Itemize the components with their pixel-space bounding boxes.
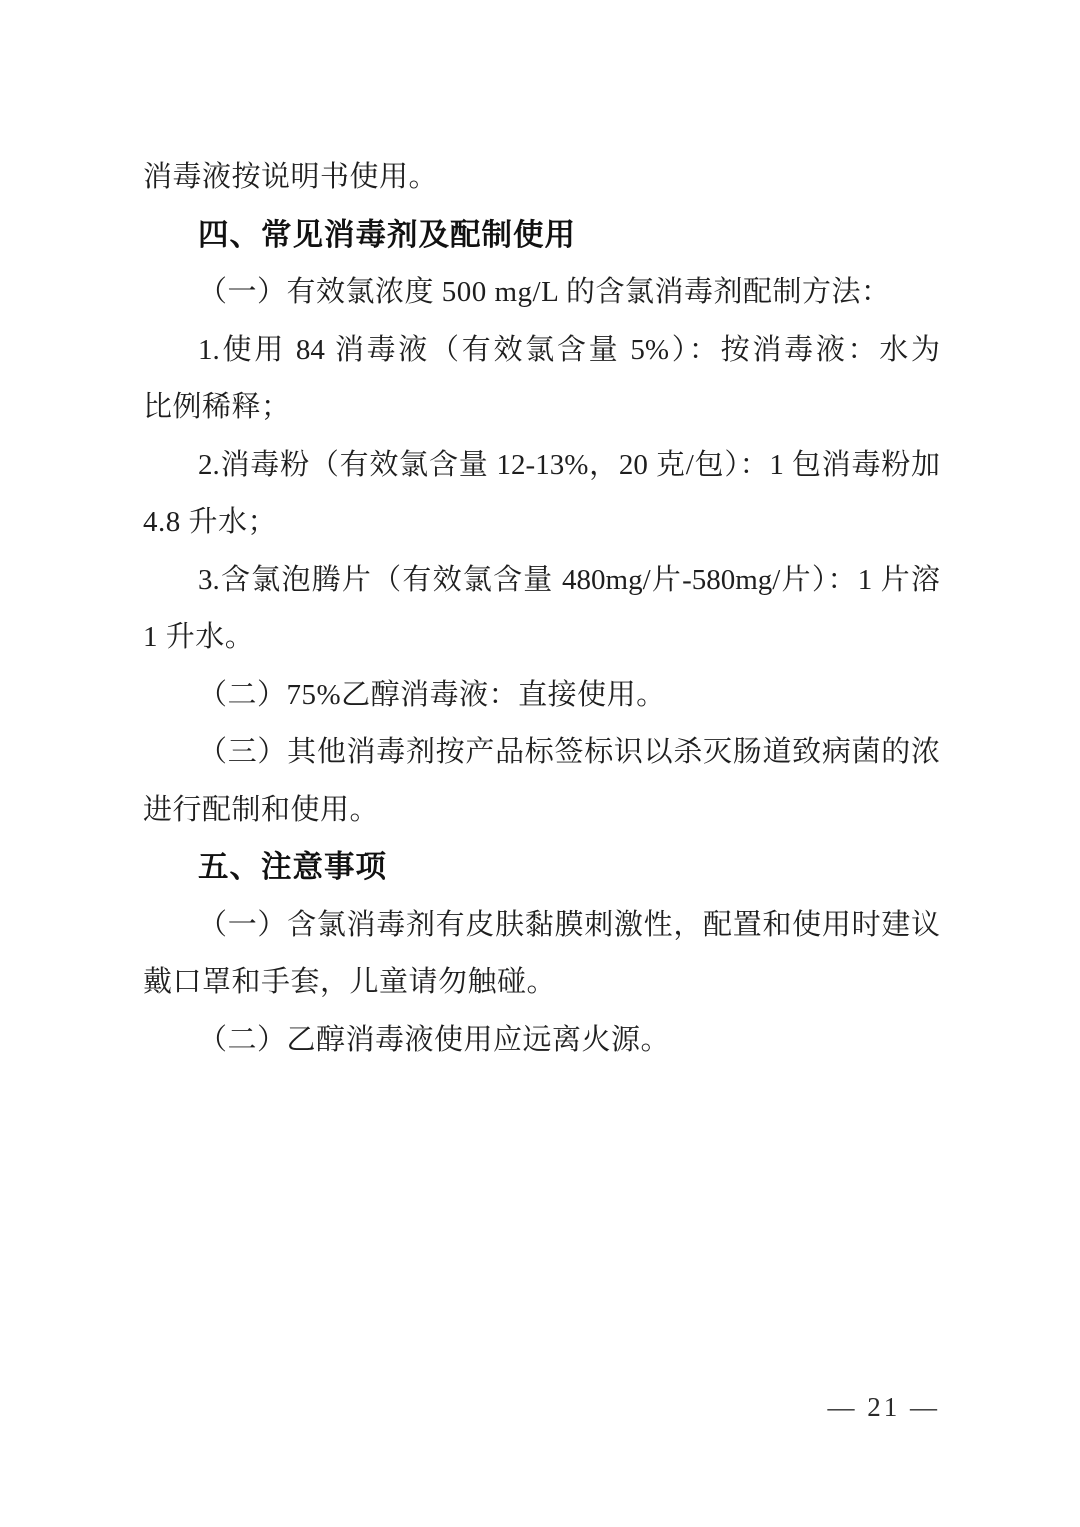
doc-line: 戴口罩和手套，儿童请勿触碰。 <box>143 954 940 1012</box>
doc-line: 2.消毒粉（有效氯含量 12-13%，20 克/包）：1 包消毒粉加 <box>143 437 940 495</box>
doc-line: （二）75%乙醇消毒液：直接使用。 <box>143 667 940 725</box>
document-body: 消毒液按说明书使用。 四、常见消毒剂及配制使用 （一）有效氯浓度 500 mg/… <box>143 149 940 1069</box>
doc-line: 1.使用 84 消毒液（有效氯含量 5%）：按消毒液：水为 1:100 <box>143 322 940 380</box>
doc-line: 进行配制和使用。 <box>143 782 940 840</box>
section-heading-4: 四、常见消毒剂及配制使用 <box>143 207 940 265</box>
doc-line: 1 升水。 <box>143 609 940 667</box>
doc-line: 比例稀释； <box>143 379 940 437</box>
doc-line: （一）含氯消毒剂有皮肤黏膜刺激性，配置和使用时建议佩 <box>143 897 940 955</box>
doc-line: （三）其他消毒剂按产品标签标识以杀灭肠道致病菌的浓度 <box>143 724 940 782</box>
doc-line: 消毒液按说明书使用。 <box>143 149 940 207</box>
doc-line: （二）乙醇消毒液使用应远离火源。 <box>143 1012 940 1070</box>
document-page: 消毒液按说明书使用。 四、常见消毒剂及配制使用 （一）有效氯浓度 500 mg/… <box>0 0 1080 1527</box>
doc-line: （一）有效氯浓度 500 mg/L 的含氯消毒剂配制方法： <box>143 264 940 322</box>
doc-line: 4.8 升水； <box>143 494 940 552</box>
section-heading-5: 五、注意事项 <box>143 839 940 897</box>
doc-line: 3.含氯泡腾片（有效氯含量 480mg/片-580mg/片）：1 片溶于 <box>143 552 940 610</box>
page-number: — 21 — <box>143 1392 940 1423</box>
